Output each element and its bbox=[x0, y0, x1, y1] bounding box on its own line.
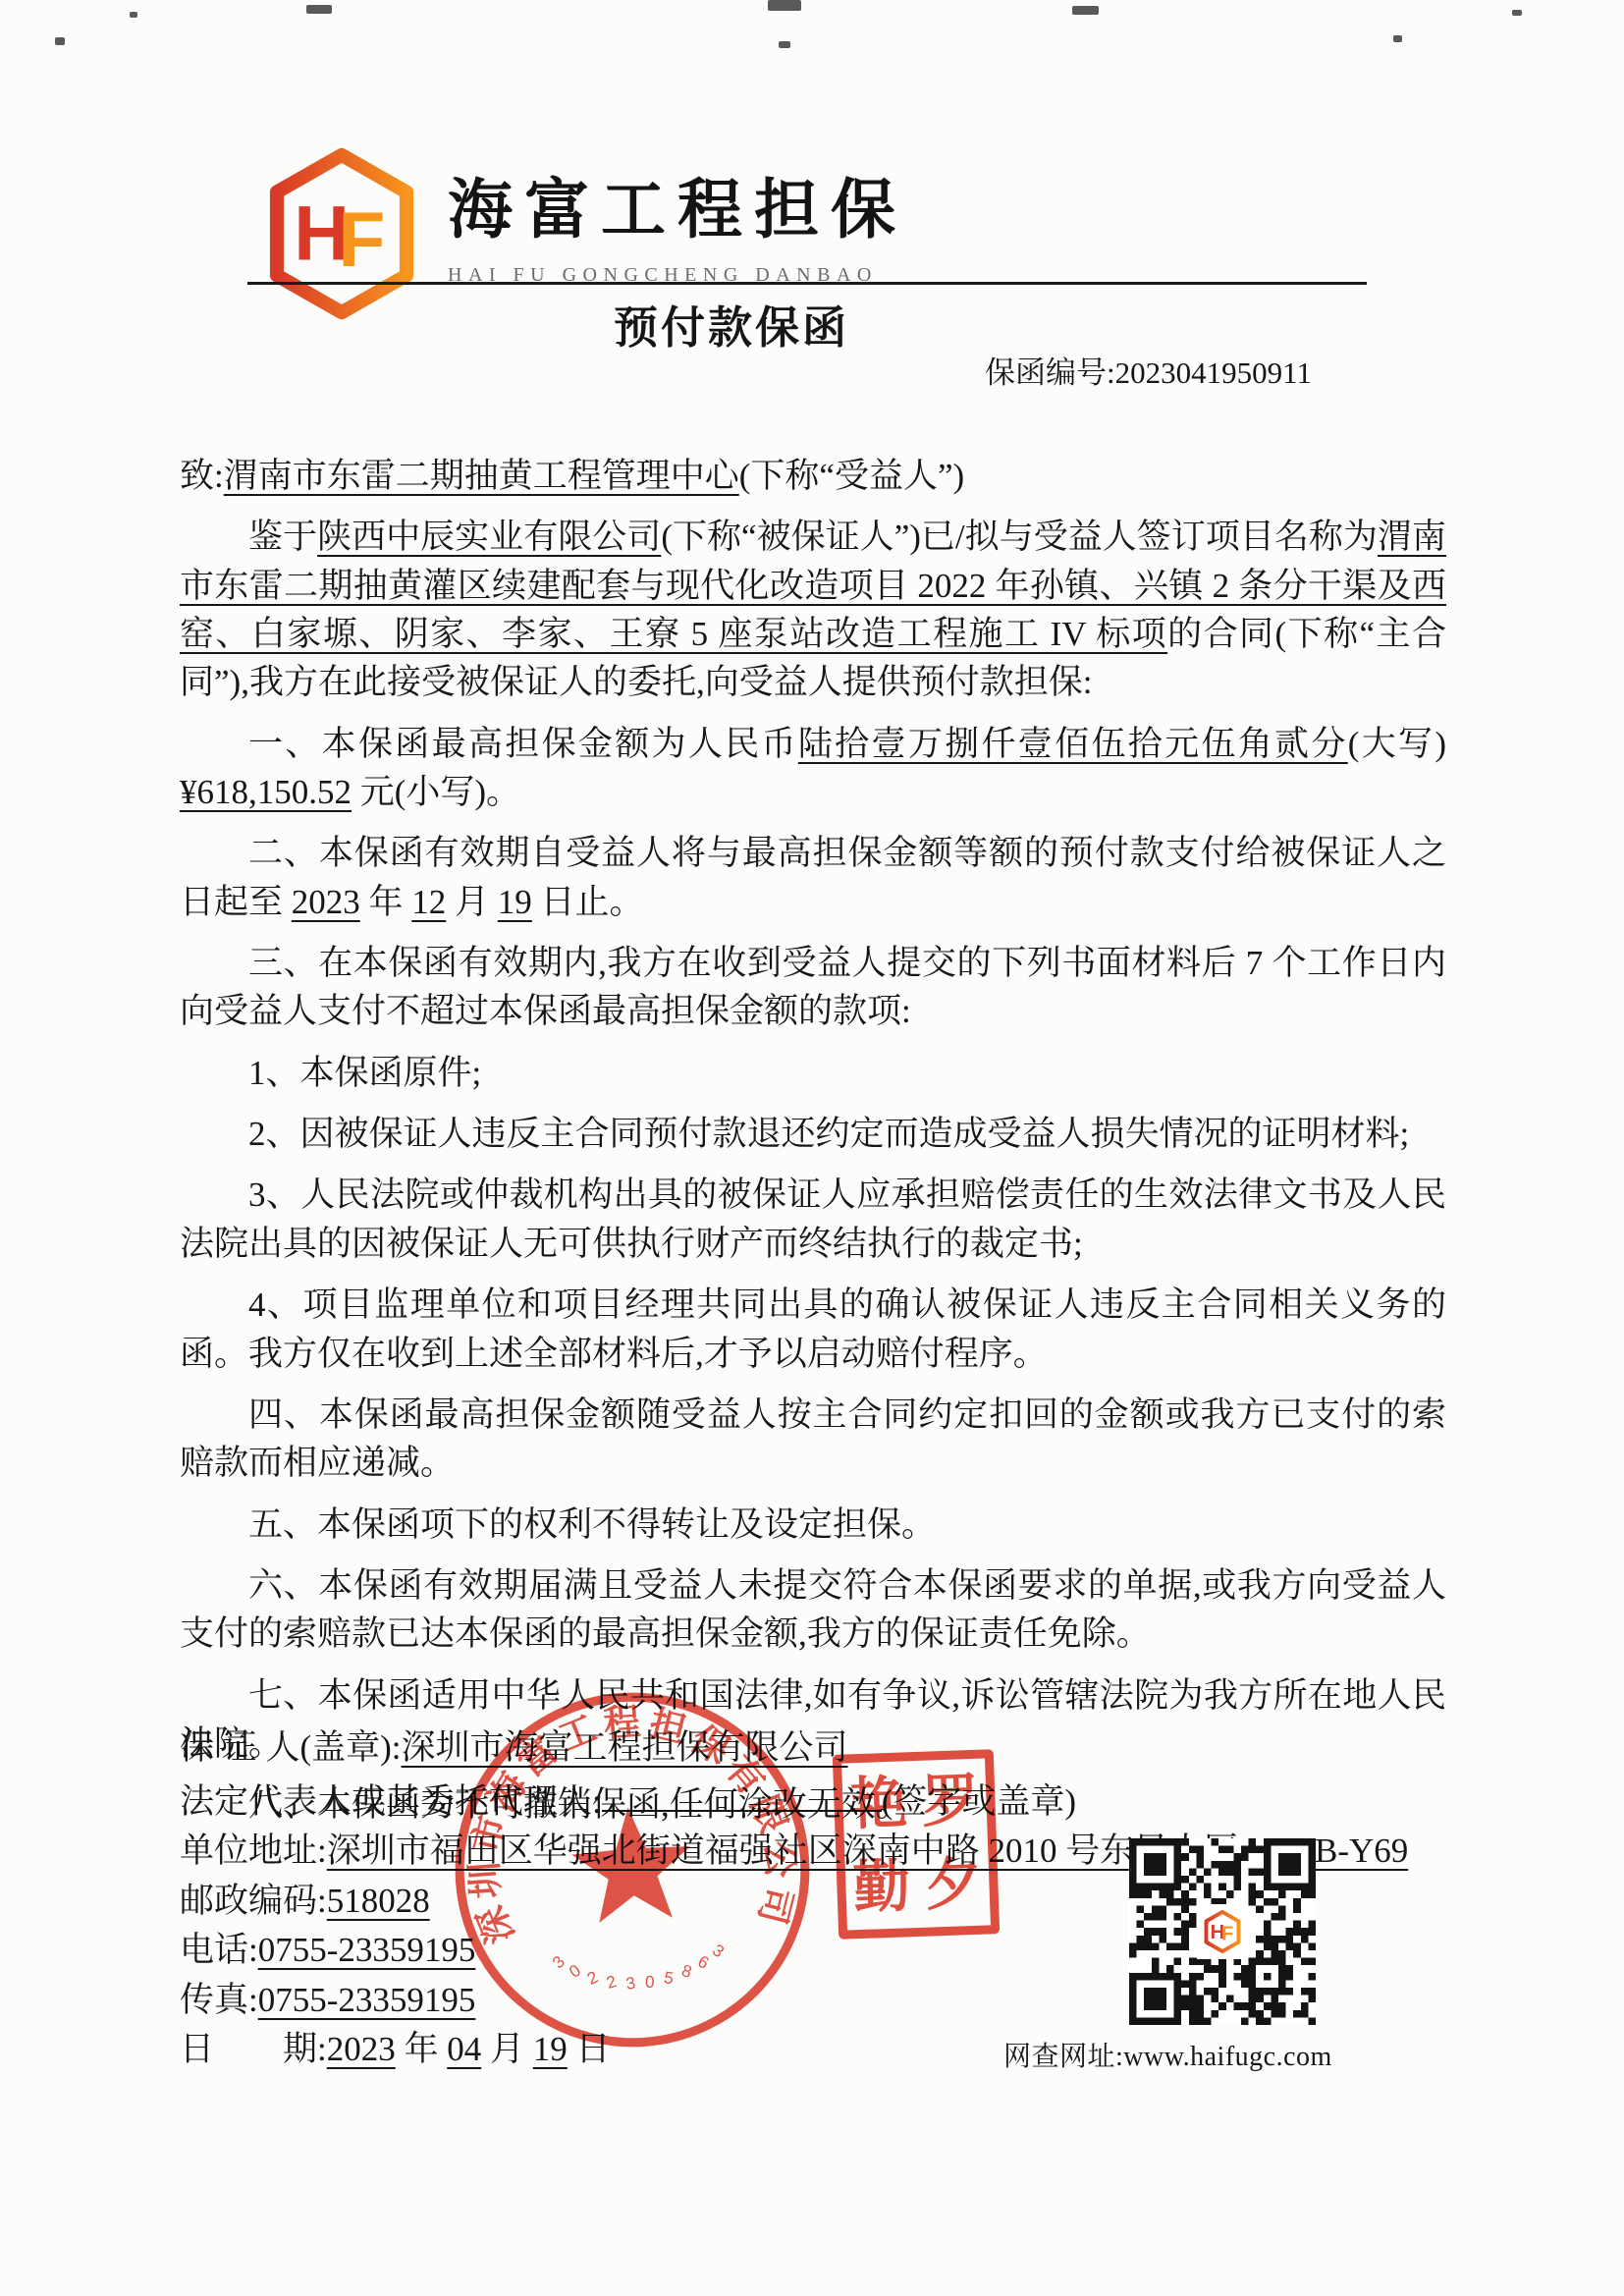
text-run: 传真: bbox=[180, 1981, 258, 2019]
stamp-company-char: 公 bbox=[757, 1840, 800, 1881]
underlined-text: 陕西中辰实业有限公司 bbox=[317, 518, 661, 556]
underlined-text: 陆拾壹万捌仟壹佰伍拾元伍角贰分 bbox=[798, 725, 1348, 763]
paragraph: 四、本保函最高担保金额随受益人按主合同约定扣回的金额或我方已支付的索赔款而相应递… bbox=[180, 1391, 1446, 1488]
stamp-star-icon bbox=[568, 1803, 695, 1924]
stamp-serial-digit: 2 bbox=[604, 1971, 619, 1993]
scan-artifact bbox=[1072, 6, 1099, 15]
stamp-company-char: 司 bbox=[750, 1883, 799, 1928]
text-run: 月 bbox=[446, 883, 498, 921]
document-body: 致:渭南市东雷二期抽黄工程管理中心(下称“受益人”)鉴于陕西中辰实业有限公司(下… bbox=[180, 452, 1446, 1842]
scan-artifact bbox=[779, 41, 790, 48]
underlined-text: 2023 bbox=[327, 2030, 396, 2068]
scan-artifact bbox=[1512, 10, 1522, 16]
text-run: 一、本保函最高担保金额为人民币 bbox=[248, 725, 798, 763]
guarantee-letter-page: H F 海富工程担保 HAI FU GONGCHENG DANBAO 预付款保函… bbox=[0, 0, 1624, 2296]
text-run: (下称“被保证人”)已/拟与受益人签订项目名称为 bbox=[661, 518, 1378, 556]
underlined-text: 2023 bbox=[292, 883, 360, 921]
text-run: 五、本保函项下的权利不得转让及设定担保。 bbox=[248, 1505, 936, 1544]
text-run: 1、本保函原件; bbox=[248, 1054, 481, 1092]
text-run: 电话: bbox=[180, 1931, 258, 1969]
monogram-f: F bbox=[1221, 1924, 1233, 1945]
name-stamp-char: 勤 bbox=[852, 1858, 911, 1917]
text-run: 日 期: bbox=[180, 2030, 327, 2068]
underlined-text: 19 bbox=[498, 883, 532, 921]
paragraph: 鉴于陕西中辰实业有限公司(下称“被保证人”)已/拟与受益人签订项目名称为渭南市东… bbox=[180, 513, 1446, 706]
stamp-company-char: 圳 bbox=[465, 1860, 509, 1899]
underlined-text: 12 bbox=[411, 883, 446, 921]
scan-artifact bbox=[306, 5, 332, 14]
text-run: 元(小写)。 bbox=[352, 773, 520, 811]
paragraph: 2、因被保证人违反主合同预付款退还约定而造成受益人损失情况的证明材料; bbox=[180, 1110, 1446, 1158]
text-run: 三、在本保函有效期内,我方在收到受益人提交的下列书面材料后 7 个工作日内向受益… bbox=[180, 944, 1446, 1030]
stamp-serial-digit: 3 bbox=[548, 1951, 568, 1972]
name-stamp-char: 夕 bbox=[924, 1855, 983, 1914]
stamp-company-char: 程 bbox=[602, 1702, 642, 1746]
text-run: 日止。 bbox=[532, 883, 644, 921]
company-round-stamp: 深圳市海富工程担保有限公司 3022305863 bbox=[431, 1668, 834, 2071]
underlined-text: 0755-23359195 bbox=[258, 1981, 476, 2019]
text-run: (下称“受益人”) bbox=[739, 457, 964, 495]
text-run: 单位地址: bbox=[180, 1831, 327, 1870]
qr-center-logo: H F bbox=[1197, 1904, 1248, 1959]
paragraph: 3、人民法院或仲裁机构出具的被保证人应承担赔偿责任的生效法律文书及人民法院出具的… bbox=[180, 1171, 1446, 1268]
paragraph: 三、在本保函有效期内,我方在收到受益人提交的下列书面材料后 7 个工作日内向受益… bbox=[180, 939, 1446, 1036]
paragraph: 六、本保函有效期届满且受益人未提交符合本保函要求的单据,或我方向受益人支付的索赔… bbox=[180, 1561, 1446, 1659]
stamp-serial-digit: 5 bbox=[663, 1967, 676, 1988]
text-run: (大写) bbox=[1348, 725, 1446, 763]
verification-url: 网查网址:www.haifugc.com bbox=[1003, 2035, 1377, 2074]
text-run: 鉴于 bbox=[248, 518, 317, 556]
stamp-company-char: 市 bbox=[465, 1812, 514, 1857]
underlined-text: 518028 bbox=[327, 1882, 430, 1920]
text-run: 四、本保函最高担保金额随受益人按主合同约定扣回的金额或我方已支付的索赔款而相应递… bbox=[180, 1395, 1446, 1482]
text-run: 2、因被保证人违反主合同预付款退还约定而造成受益人损失情况的证明材料; bbox=[248, 1115, 1409, 1153]
underlined-text: 0755-23359195 bbox=[258, 1931, 476, 1969]
paragraph: 1、本保函原件; bbox=[180, 1049, 1446, 1097]
text-run: 保 证 人(盖章): bbox=[180, 1728, 402, 1767]
scan-artifact bbox=[768, 0, 801, 11]
stamp-serial-digit: 2 bbox=[584, 1967, 601, 1989]
text-run: 邮政编码: bbox=[180, 1882, 327, 1920]
paragraph: 五、本保函项下的权利不得转让及设定担保。 bbox=[180, 1501, 1446, 1549]
name-stamp-char: 艳 bbox=[849, 1775, 908, 1833]
scan-artifact bbox=[1393, 35, 1402, 42]
guarantee-number: 保函编号:2023041950911 bbox=[0, 348, 1312, 392]
stamp-serial-digit: 8 bbox=[679, 1960, 694, 1982]
stamp-serial-digit: 3 bbox=[709, 1940, 728, 1961]
text-run: 3、人民法院或仲裁机构出具的被保证人应承担赔偿责任的生效法律文书及人民法院出具的… bbox=[180, 1175, 1446, 1262]
stamp-company-char: 担 bbox=[645, 1703, 690, 1752]
paragraph: 二、本保函有效期自受益人将与最高担保金额等额的预付款支付给被保证人之日起至 20… bbox=[180, 829, 1446, 926]
text-run: 致: bbox=[180, 457, 224, 495]
stamp-serial-digit: 0 bbox=[645, 1972, 655, 1992]
scan-artifact bbox=[130, 12, 137, 18]
name-stamp-char: 罗 bbox=[921, 1772, 980, 1831]
underlined-text: 渭南市东雷二期抽黄工程管理中心 bbox=[224, 457, 739, 495]
document-title: 预付款保函 bbox=[0, 292, 1463, 355]
underlined-text: ¥618,150.52 bbox=[180, 773, 352, 811]
stamp-serial-digit: 3 bbox=[624, 1973, 636, 1994]
paragraph: 一、本保函最高担保金额为人民币陆拾壹万捌仟壹佰伍拾元伍角贰分(大写)¥618,1… bbox=[180, 720, 1446, 817]
haifu-hexagon-logo-icon: H F bbox=[1203, 1910, 1242, 1953]
text-run: 年 bbox=[360, 883, 412, 921]
text-run: 4、项目监理单位和项目经理共同出具的确认被保证人违反主合同相关义务的函。我方仅在… bbox=[180, 1285, 1446, 1372]
text-run: 年 bbox=[396, 2030, 448, 2068]
brand-name-chinese: 海富工程担保 bbox=[448, 157, 907, 250]
personal-name-stamp: 艳罗勤夕 bbox=[833, 1749, 1000, 1940]
text-run: 六、本保函有效期届满且受益人未提交符合本保函要求的单据,或我方向受益人支付的索赔… bbox=[180, 1566, 1446, 1653]
verification-qr-code: H F bbox=[1129, 1838, 1316, 2025]
paragraph: 致:渭南市东雷二期抽黄工程管理中心(下称“受益人”) bbox=[180, 452, 1446, 500]
stamp-serial-digit: 0 bbox=[566, 1960, 584, 1982]
monogram-f: F bbox=[338, 196, 385, 283]
brand-text: 海富工程担保 HAI FU GONGCHENG DANBAO bbox=[448, 147, 907, 287]
scan-artifact bbox=[55, 37, 65, 45]
header-divider bbox=[247, 282, 1367, 285]
paragraph: 4、项目监理单位和项目经理共同出具的确认被保证人违反主合同相关义务的函。我方仅在… bbox=[180, 1281, 1446, 1378]
